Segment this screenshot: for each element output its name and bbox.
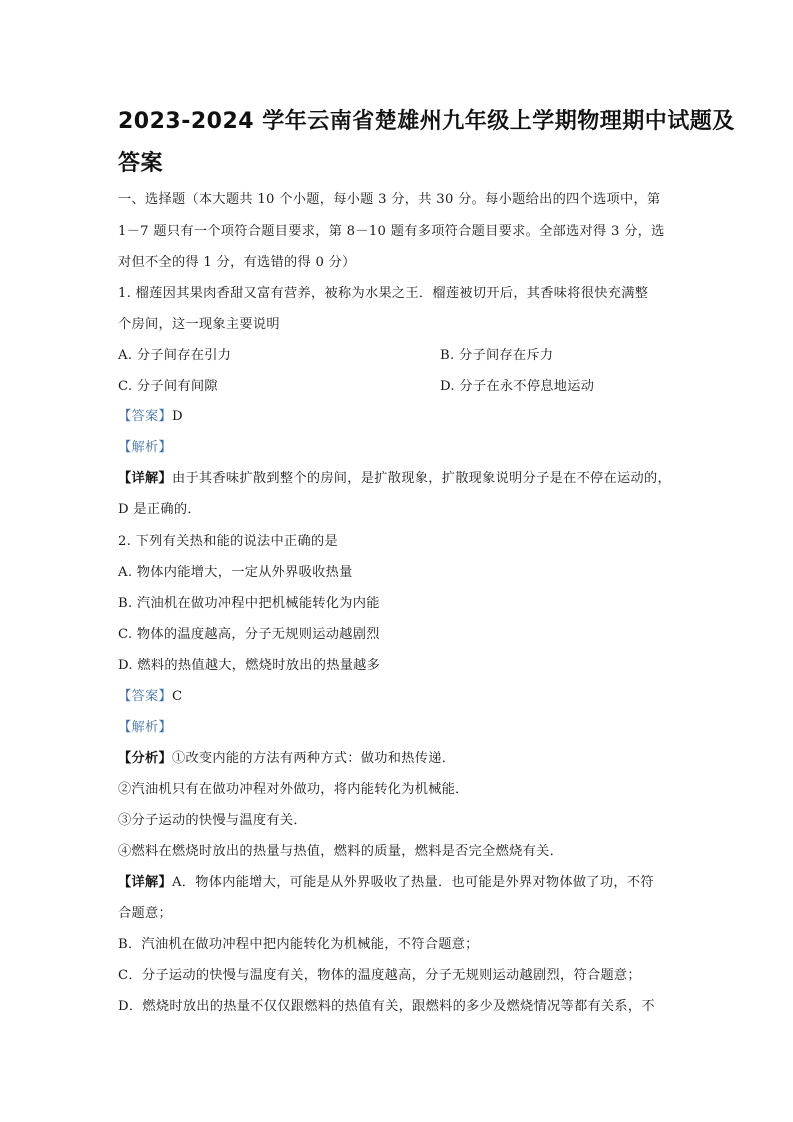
document-title-line1: 2023-2024 学年云南省楚雄州九年级上学期物理期中试题及 (118, 104, 735, 135)
question-1-option-d: D. 分子在永不停息地运动 (440, 375, 594, 394)
fenxi-text: ①改变内能的方法有两种方式：做功和热传递． (172, 751, 455, 766)
question-1-option-a: A. 分子间存在引力 (118, 344, 231, 363)
question-1-answer: 【答案】D (118, 405, 183, 424)
question-2-fenxi-item: ④燃料在燃烧时放出的热量与热值，燃料的质量，燃料是否完全燃烧有关． (118, 840, 563, 859)
question-1-stem: 1. 榴莲因其果肉香甜又富有营养，被称为水果之王．榴莲被切开后，其香味将很快充满… (118, 282, 648, 301)
question-2-analysis-label: 【解析】 (118, 716, 172, 735)
detail-label: 【详解】 (118, 875, 172, 890)
question-2-detail: 【详解】A．物体内能增大，可能是从外界吸收了热量．也可能是外界对物体做了功，不符 (118, 871, 654, 890)
question-2-option-b: B. 汽油机在做功冲程中把机械能转化为内能 (118, 592, 380, 611)
answer-label: 【答案】 (118, 689, 172, 704)
detail-label: 【详解】 (118, 471, 172, 486)
answer-value: D (172, 409, 183, 424)
detail-text: A．物体内能增大，可能是从外界吸收了热量．也可能是外界对物体做了功，不符 (172, 875, 654, 890)
section-intro-line: 对但不全的得 1 分，有选错的得 0 分） (118, 251, 356, 270)
question-2-fenxi: 【分析】①改变内能的方法有两种方式：做功和热传递． (118, 747, 455, 766)
section-intro-line: 1－7 题只有一个项符合题目要求，第 8－10 题有多项符合题目要求。全部选对得… (118, 220, 665, 239)
answer-label: 【答案】 (118, 409, 172, 424)
answer-value: C (172, 689, 182, 704)
question-2-option-d: D. 燃料的热值越大，燃烧时放出的热量越多 (118, 654, 380, 673)
detail-text: 由于其香味扩散到整个的房间，是扩散现象，扩散现象说明分子是在不停在运动的， (172, 471, 671, 486)
question-2-fenxi-item: ③分子运动的快慢与温度有关． (118, 809, 307, 828)
question-1-stem: 个房间，这一现象主要说明 (118, 313, 280, 332)
question-2-detail-cont: 合题意； (118, 902, 172, 921)
question-2-detail-d: D．燃烧时放出的热量不仅仅跟燃料的热值有关，跟燃料的多少及燃烧情况等都有关系，不 (118, 995, 655, 1014)
question-2-option-a: A. 物体内能增大，一定从外界吸收热量 (118, 561, 353, 580)
question-1-analysis-label: 【解析】 (118, 436, 172, 455)
document-title-line2: 答案 (118, 146, 163, 177)
question-2-detail-c: C．分子运动的快慢与温度有关，物体的温度越高，分子无规则运动越剧烈，符合题意； (118, 964, 641, 983)
question-1-option-c: C. 分子间有间隙 (118, 375, 218, 394)
question-2-fenxi-item: ②汽油机只有在做功冲程对外做功，将内能转化为机械能． (118, 778, 469, 797)
section-intro-line: 一、选择题（本大题共 10 个小题，每小题 3 分，共 30 分。每小题给出的四… (118, 188, 660, 207)
question-2-detail-b: B．汽油机在做功冲程中把内能转化为机械能，不符合题意； (118, 933, 479, 952)
question-1-detail-cont: D 是正确的． (118, 498, 201, 517)
fenxi-label: 【分析】 (118, 751, 172, 766)
question-2-stem: 2. 下列有关热和能的说法中正确的是 (118, 530, 338, 549)
question-1-option-b: B. 分子间存在斥力 (440, 344, 553, 363)
question-2-option-c: C. 物体的温度越高，分子无规则运动越剧烈 (118, 623, 380, 642)
question-2-answer: 【答案】C (118, 685, 182, 704)
question-1-detail: 【详解】由于其香味扩散到整个的房间，是扩散现象，扩散现象说明分子是在不停在运动的… (118, 467, 671, 486)
